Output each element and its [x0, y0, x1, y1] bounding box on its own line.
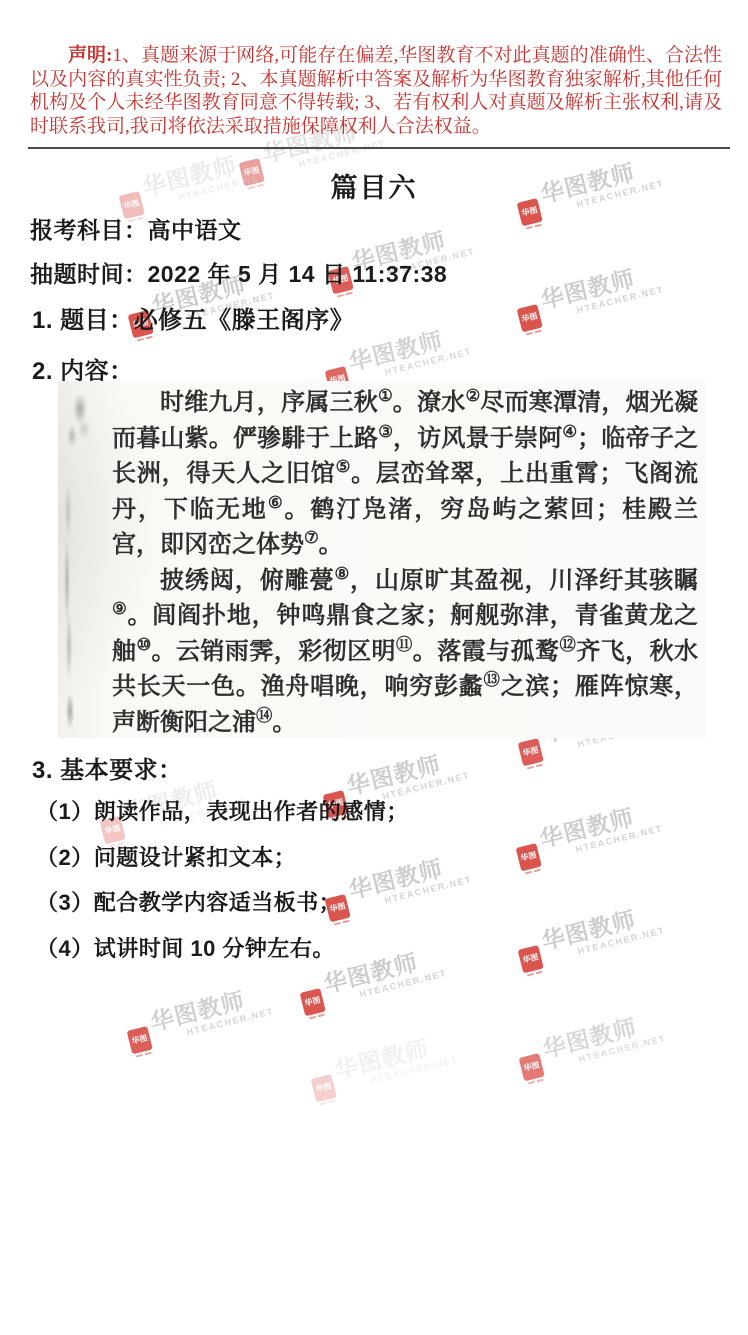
scan-left-edge-smudge	[58, 381, 106, 738]
requirements-list: （1）朗读作品，表现出作者的感情； （2）问题设计紧扣文本； （3）配合教学内容…	[36, 797, 716, 979]
scan-text-block: 时维九月，序属三秋①。潦水②尽而寒潭清，烟光凝而暮山紫。俨骖騑于上路③，访风景于…	[112, 386, 698, 738]
topic-label: 1. 题目：	[32, 307, 134, 334]
scan-paragraph: 时维九月，序属三秋①。潦水②尽而寒潭清，烟光凝而暮山紫。俨骖騑于上路③，访风景于…	[112, 386, 698, 564]
draw-time-line: 抽题时间：2022 年 5 月 14 日 11:37:38	[30, 256, 447, 289]
subject-value: 高中语文	[148, 217, 242, 243]
requirement-item: （3）配合教学内容适当板书；	[36, 888, 716, 918]
document-content: 声明:1、真题来源于网络,可能存在偏差,华图教育不对此真题的准确性、合法性以及内…	[0, 0, 748, 1335]
content-scan-image: 时维九月，序属三秋①。潦水②尽而寒潭清，烟光凝而暮山紫。俨骖騑于上路③，访风景于…	[58, 381, 706, 738]
topic-line: 1. 题目：必修五《滕王阁序》	[32, 300, 354, 335]
requirement-item: （4）试讲时间 10 分钟左右。	[36, 934, 716, 964]
disclaimer-label: 声明:	[68, 45, 112, 66]
disclaimer-body: 1、真题来源于网络,可能存在偏差,华图教育不对此真题的准确性、合法性以及内容的真…	[30, 45, 722, 137]
disclaimer-text: 声明:1、真题来源于网络,可能存在偏差,华图教育不对此真题的准确性、合法性以及内…	[30, 44, 722, 138]
page-title: 篇目六	[0, 166, 748, 205]
requirements-section-label: 3. 基本要求：	[32, 750, 183, 785]
subject-line: 报考科目：高中语文	[30, 212, 242, 245]
exam-document-page: 华图 华图教师 HTEACHER.NET 华图	[0, 0, 748, 1335]
requirement-item: （2）问题设计紧扣文本；	[36, 843, 716, 873]
topic-value: 必修五《滕王阁序》	[134, 307, 355, 334]
requirement-item: （1）朗读作品，表现出作者的感情；	[36, 797, 716, 827]
draw-time-label: 抽题时间：	[30, 261, 148, 287]
draw-time-value: 2022 年 5 月 14 日 11:37:38	[148, 261, 448, 287]
scan-paragraph: 披绣闼，俯雕甍⑧，山原旷其盈视，川泽纡其骇瞩⑨。闾阎扑地，钟鸣鼎食之家；舸舰弥津…	[112, 564, 698, 739]
horizontal-divider	[28, 147, 730, 149]
subject-label: 报考科目：	[30, 217, 148, 243]
